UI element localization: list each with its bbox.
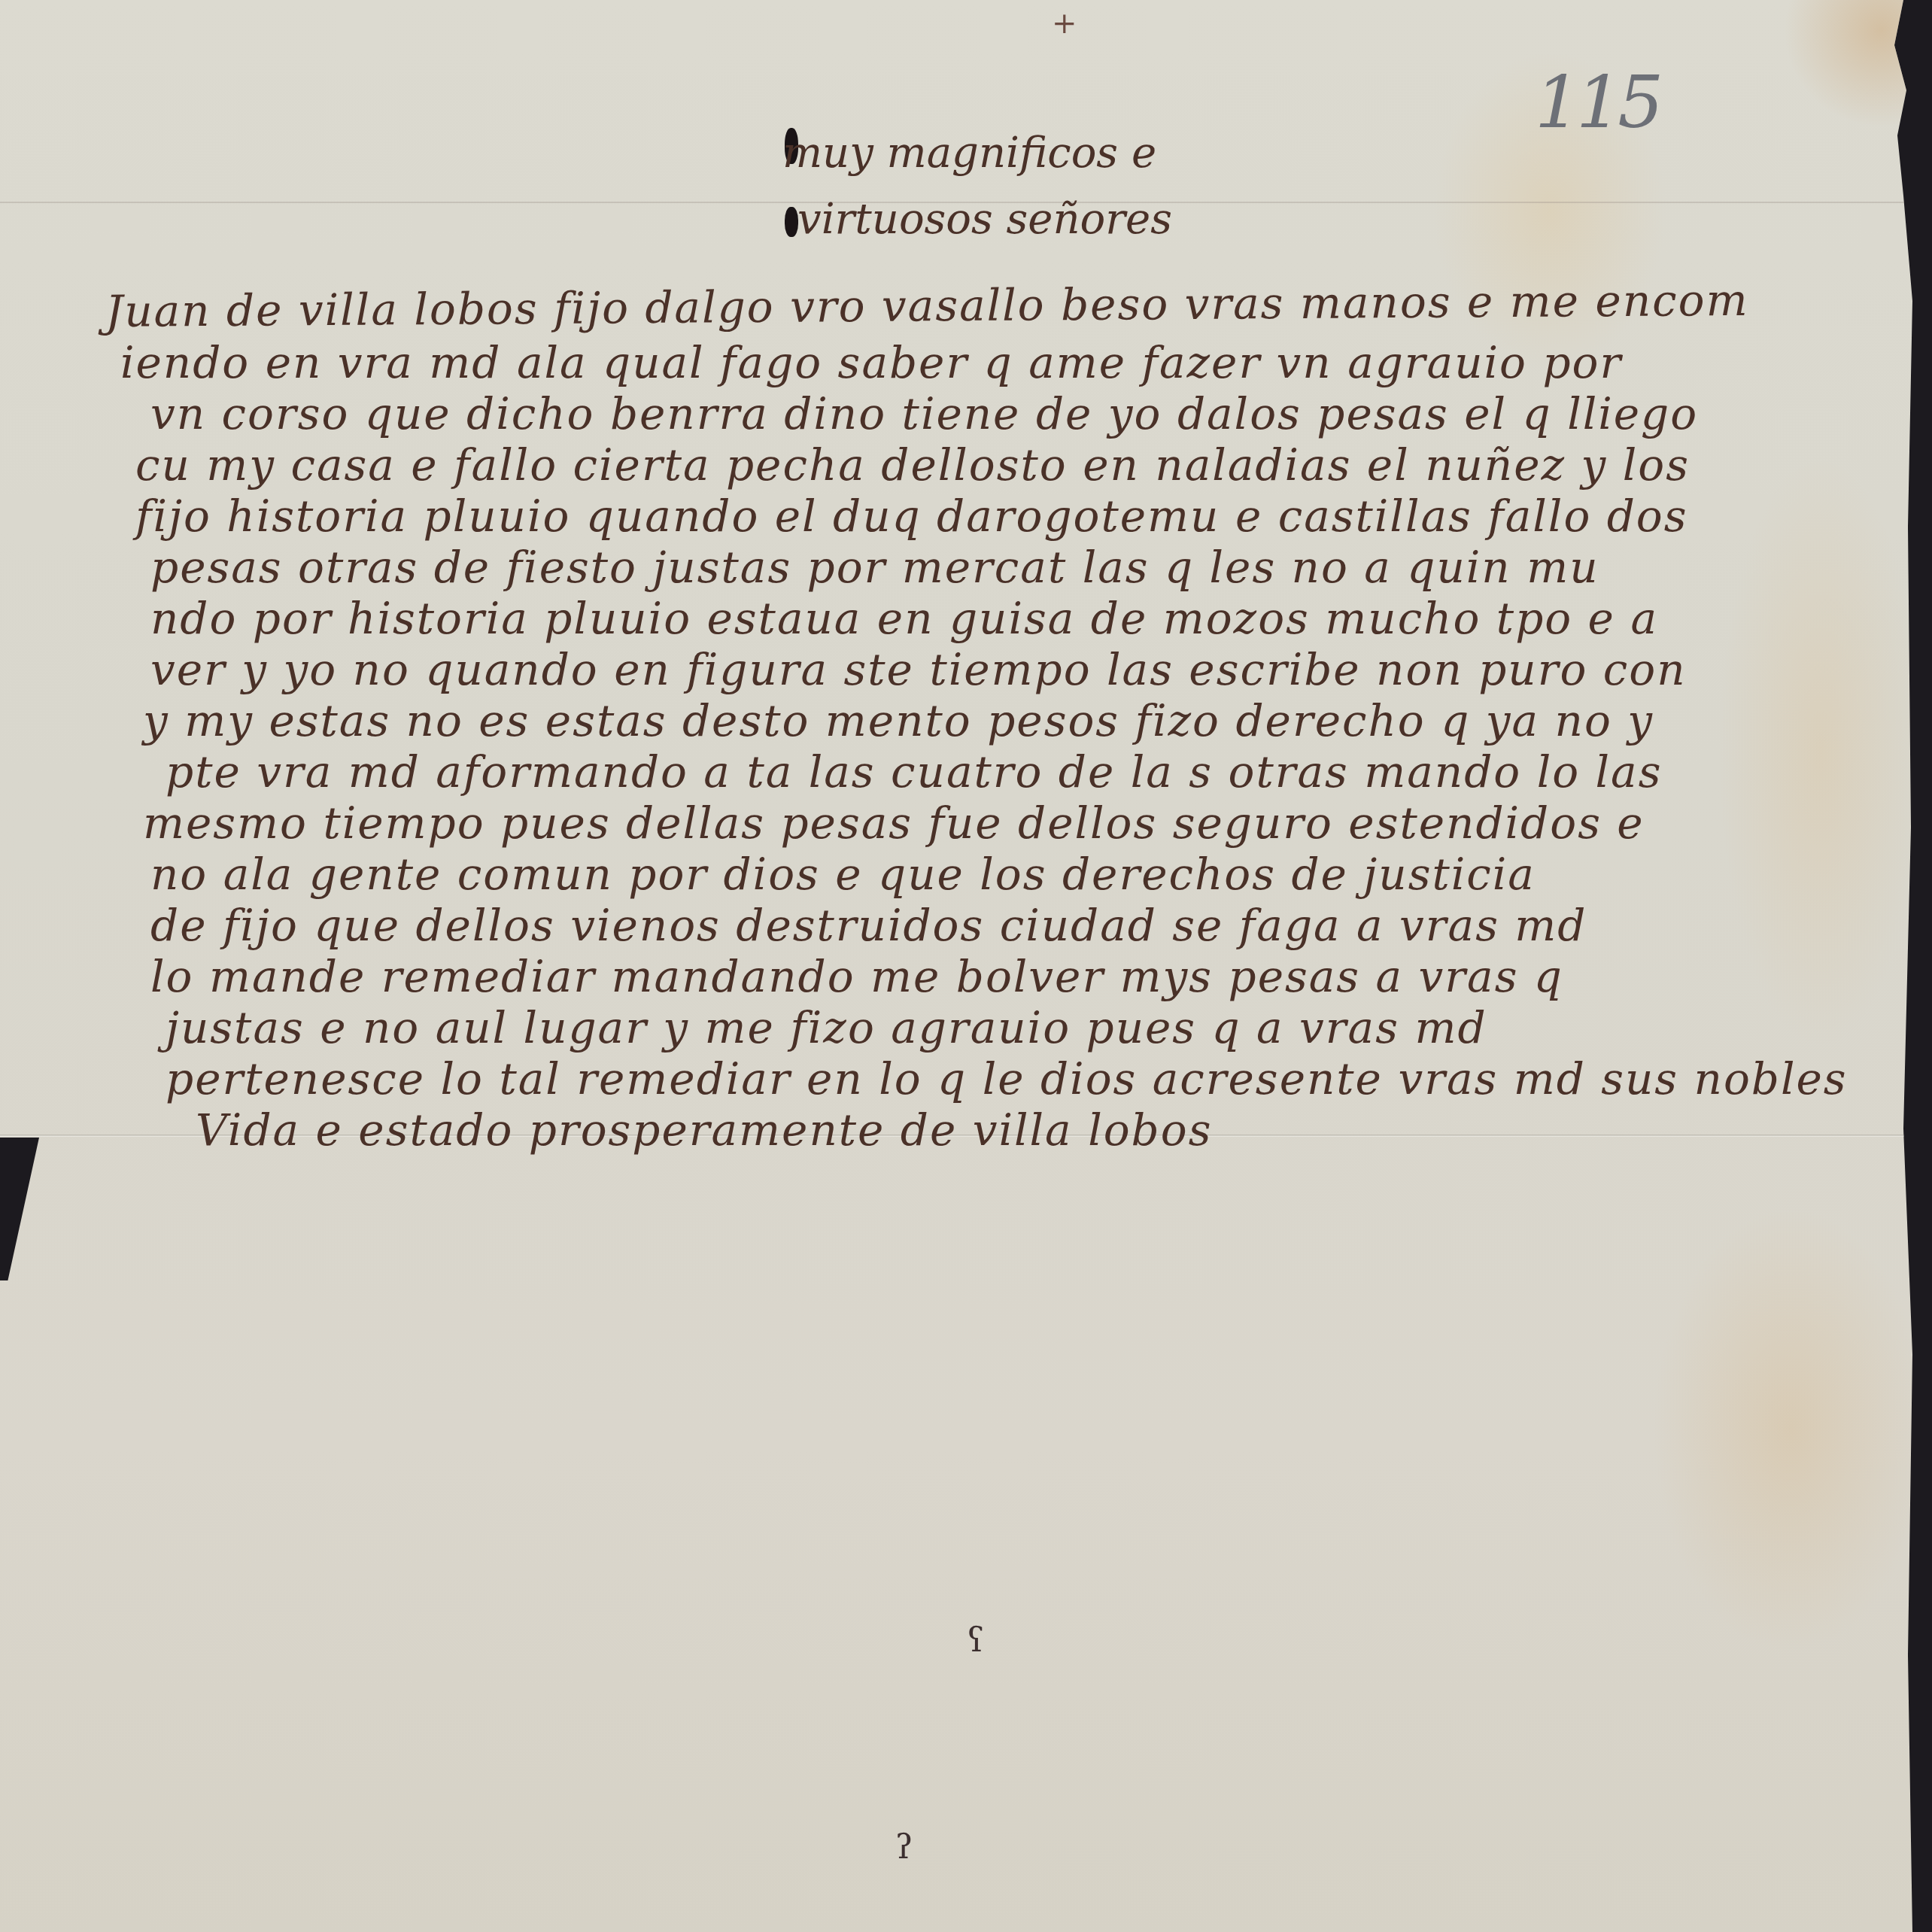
document-viewer: + 115 muy magnificos e virtuosos señores… [0, 0, 1932, 1932]
body-line: Vida e estado prosperamente de villa lob… [196, 1104, 1836, 1156]
body-line: Juan de villa lobos fijo dalgo vro vasal… [105, 274, 1836, 337]
body-line: cu my casa e fallo cierta pecha dellosto… [135, 439, 1836, 491]
body-line: pertenesce lo tal remediar en lo q le di… [166, 1053, 1836, 1104]
folio-number: 115 [1535, 60, 1659, 144]
salutation-line-2: virtuosos señores [782, 187, 1309, 253]
stray-ink-mark: ʔ [895, 1828, 913, 1867]
body-line: iendo en vra md ala qual fago saber q am… [120, 337, 1836, 388]
body-line: pte vra md aformando a ta las cuatro de … [166, 746, 1836, 797]
body-line: ndo por historia pluuio estaua en guisa … [150, 593, 1836, 644]
body-line: lo mande remediar mandando me bolver mys… [150, 951, 1836, 1002]
body-line: ver y yo no quando en figura ste tiempo … [150, 644, 1836, 695]
body-line: fijo historia pluuio quando el duq darog… [135, 491, 1836, 542]
body-line: pesas otras de fiesto justas por mercat … [150, 542, 1836, 593]
body-line: vn corso que dicho benrra dino tiene de … [150, 388, 1836, 439]
body-line: justas e no aul lugar y me fizo agrauio … [166, 1002, 1836, 1053]
letter-salutation: muy magnificos e virtuosos señores [782, 120, 1309, 253]
body-line: mesmo tiempo pues dellas pesas fue dello… [143, 797, 1836, 849]
cross-mark-icon: + [1052, 6, 1077, 41]
manuscript-page: + 115 muy magnificos e virtuosos señores… [0, 0, 1912, 1932]
body-line: no ala gente comun por dios e que los de… [150, 849, 1836, 900]
body-line: y my estas no es estas desto mento pesos… [143, 695, 1836, 746]
body-line: de fijo que dellos vienos destruidos ciu… [150, 900, 1836, 951]
salutation-line-1: muy magnificos e [782, 120, 1309, 187]
letter-body: Juan de villa lobos fijo dalgo vro vasal… [120, 286, 1836, 1156]
stray-ink-mark: ʕ [967, 1621, 985, 1660]
